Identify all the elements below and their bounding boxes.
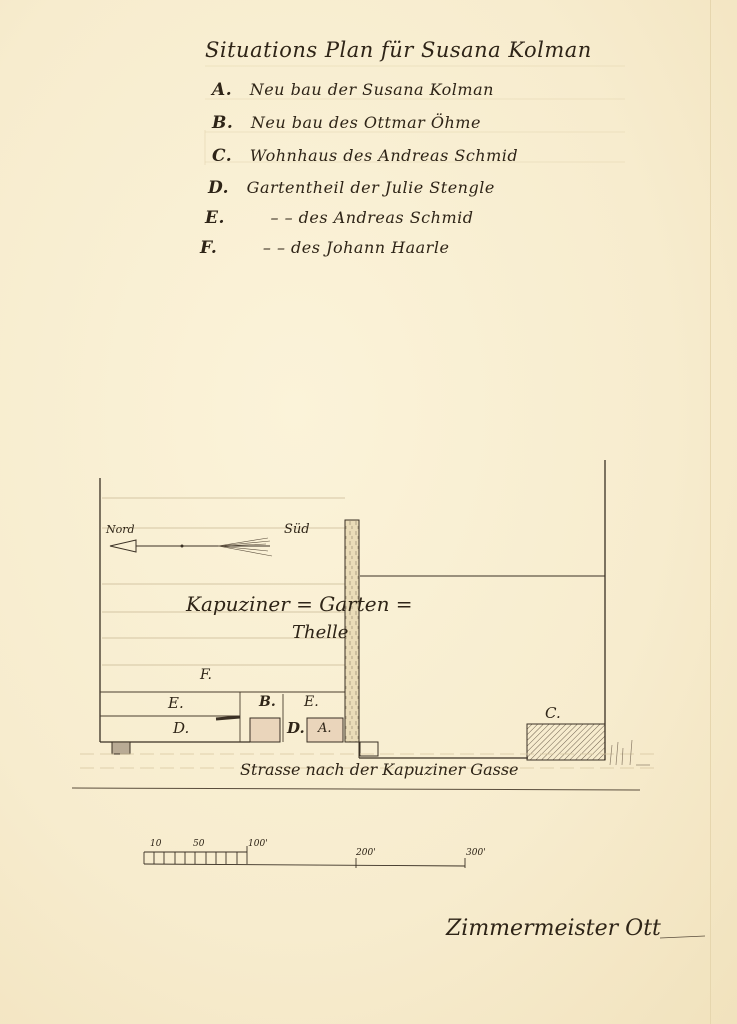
scale-tick-100: 100' [248,839,268,849]
signature: Zimmermeister Ott [446,916,661,941]
street-edge-line [72,788,640,790]
scale-tick-300: 300' [466,848,486,858]
plot-label-a: A. [318,721,332,736]
hedge-mark [216,717,240,719]
scale-tick-200: 200' [356,848,376,858]
street-label: Strasse nach der Kapuziner Gasse [240,760,519,779]
plot-label-b: B. [259,694,276,710]
site-plan-drawing [0,0,737,1024]
small-structure-left [112,742,130,754]
scale-tick-10: 10 [150,839,161,849]
building-c [527,724,605,760]
area-label-line2: Thelle [292,622,348,643]
compass-north-label: Nord [106,523,135,536]
compass-arrow-icon [110,538,272,556]
plot-label-d2: D. [287,719,305,737]
plot-label-d: D. [173,719,189,737]
plot-label-e: E. [168,694,184,712]
compass-south-label: Süd [284,522,310,537]
scale-tick-50: 50 [193,839,204,849]
building-b [250,718,280,742]
plot-label-f: F. [200,667,212,683]
plot-label-e2: E. [304,694,319,710]
area-label-line1: Kapuziner = Garten = [186,592,413,616]
ruled-lines [205,66,625,165]
plot-label-c: C. [545,704,561,722]
scale-bar [144,846,465,868]
grass-tuft-icon [610,740,650,765]
